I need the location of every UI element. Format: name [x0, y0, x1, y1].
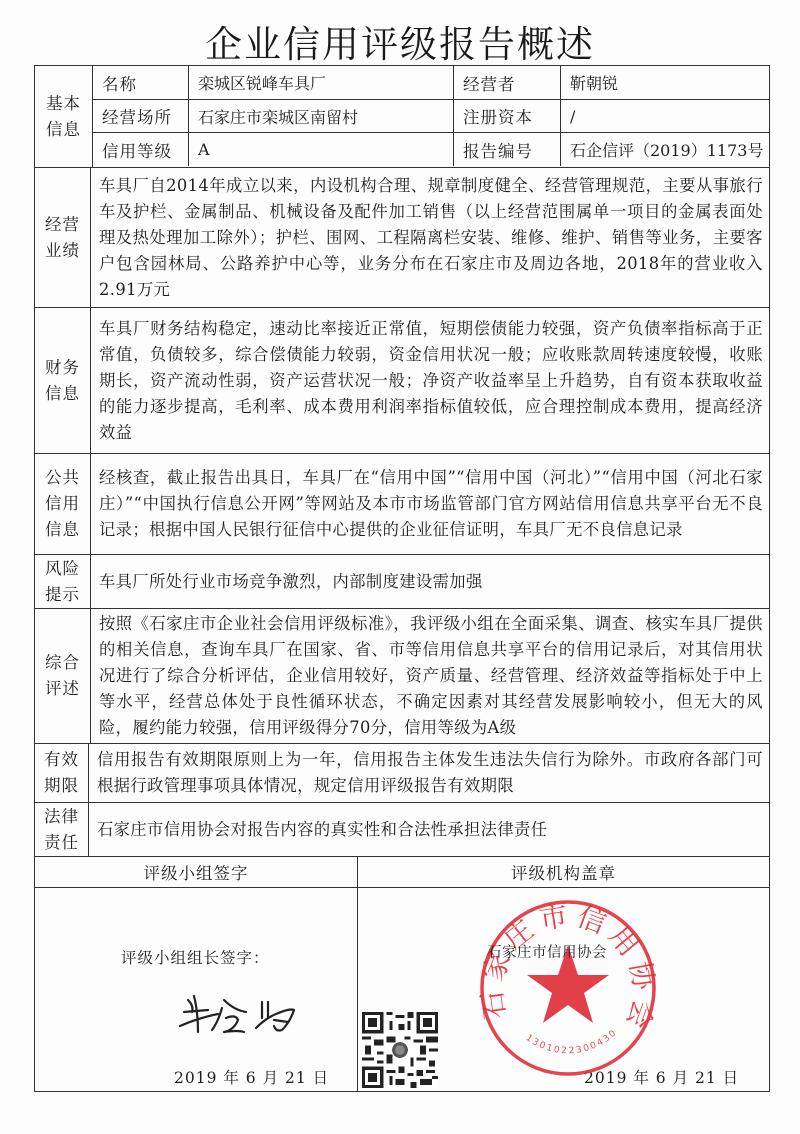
- section-label-basic-info: 基本信息: [35, 66, 92, 167]
- leader-signature-label: 评级小组组长签字：: [121, 946, 270, 968]
- section-public-credit-info: 公共信用信息 经核查，截止报告出具日，车具厂在“信用中国”“信用中国（河北）”“…: [35, 453, 769, 554]
- section-overall-review: 综合评述 按照《石家庄市企业社会信用评级标准》，我评级小组在全面采集、调查、核实…: [35, 608, 769, 743]
- basic-info-grid: 名称 栾城区锐峰车具厂 经营者 靳朝锐 经营场所 石家庄市栾城区南留村 注册资本…: [92, 66, 769, 167]
- section-text: 按照《石家庄市企业社会信用评级标准》，我评级小组在全面采集、调查、核实车具厂提供…: [90, 609, 769, 743]
- section-label: 法律责任: [35, 803, 88, 856]
- section-label: 财务信息: [35, 308, 90, 453]
- section-text: 石家庄市信用协会对报告内容的真实性和合法性承担法律责任: [88, 803, 769, 856]
- team-signature-date: 2019 年 6 月 21 日: [174, 1066, 329, 1088]
- label-registered-capital: 注册资本: [453, 100, 560, 132]
- section-label: 有效期限: [35, 744, 88, 802]
- document-title: 企业信用评级报告概述: [0, 14, 800, 68]
- section-label: 经营业绩: [35, 168, 90, 307]
- value-business-address: 石家庄市栾城区南留村: [188, 100, 453, 132]
- section-text: 车具厂财务结构稳定，速动比率接近正常值，短期偿债能力较强，资产负债率指标高于正常…: [90, 308, 769, 453]
- section-financial-info: 财务信息 车具厂财务结构稳定，速动比率接近正常值，短期偿债能力较强，资产负债率指…: [35, 307, 769, 453]
- label-report-number: 报告编号: [453, 133, 560, 166]
- value-company-name: 栾城区锐峰车具厂: [188, 66, 453, 99]
- report-table: 基本信息 名称 栾城区锐峰车具厂 经营者 靳朝锐 经营场所 石家庄市栾城区南留村…: [34, 65, 770, 1092]
- signature-header-row: 评级小组签字 评级机构盖章: [35, 856, 769, 887]
- value-registered-capital: /: [560, 100, 769, 132]
- label-operator: 经营者: [453, 66, 560, 99]
- agency-name-print: 石家庄市信用协会: [487, 941, 607, 962]
- rating-agency-seal-header: 评级机构盖章: [357, 857, 769, 887]
- basic-info-row: 名称 栾城区锐峰车具厂 经营者 靳朝锐: [93, 66, 769, 99]
- seal-number: 1301022300430: [524, 1028, 620, 1057]
- section-label: 风险提示: [35, 555, 90, 608]
- value-credit-grade: A: [188, 133, 453, 166]
- basic-info-row: 经营场所 石家庄市栾城区南留村 注册资本 /: [93, 99, 769, 132]
- handwritten-signature: [178, 988, 303, 1038]
- label-name: 名称: [93, 66, 188, 99]
- qr-code[interactable]: [362, 1012, 438, 1088]
- section-legal-liability: 法律责任 石家庄市信用协会对报告内容的真实性和合法性承担法律责任: [35, 802, 769, 856]
- official-seal-stamp: 石家庄市信用协会 1301022300430: [477, 897, 659, 1079]
- section-text: 车具厂自2014年成立以来，内设机构合理、规章制度健全、经营管理规范，主要从事旅…: [90, 168, 769, 307]
- label-credit-grade: 信用等级: [93, 133, 188, 166]
- basic-info-row: 信用等级 A 报告编号 石企信评（2019）1173号: [93, 132, 769, 166]
- section-validity-period: 有效期限 信用报告有效期限原则上为一年，信用报告主体发生违法失信行为除外。市政府…: [35, 743, 769, 802]
- rating-team-signature-header: 评级小组签字: [35, 857, 357, 887]
- svg-text:1301022300430: 1301022300430: [524, 1028, 620, 1057]
- value-operator: 靳朝锐: [560, 66, 769, 99]
- section-label: 综合评述: [35, 609, 90, 743]
- section-text: 车具厂所处行业市场竞争激烈，内部制度建设需加强: [90, 555, 769, 608]
- value-report-number: 石企信评（2019）1173号: [560, 133, 769, 166]
- section-label: 公共信用信息: [35, 454, 90, 554]
- section-text: 信用报告有效期限原则上为一年，信用报告主体发生违法失信行为除外。市政府各部门可根…: [88, 744, 769, 802]
- basic-info-block: 基本信息 名称 栾城区锐峰车具厂 经营者 靳朝锐 经营场所 石家庄市栾城区南留村…: [35, 66, 769, 167]
- section-text: 经核查，截止报告出具日，车具厂在“信用中国”“信用中国（河北）”“信用中国（河北…: [90, 454, 769, 554]
- label-business-address: 经营场所: [93, 100, 188, 132]
- section-risk-warning: 风险提示 车具厂所处行业市场竞争激烈，内部制度建设需加强: [35, 554, 769, 608]
- section-business-performance: 经营业绩 车具厂自2014年成立以来，内设机构合理、规章制度健全、经营管理规范，…: [35, 167, 769, 307]
